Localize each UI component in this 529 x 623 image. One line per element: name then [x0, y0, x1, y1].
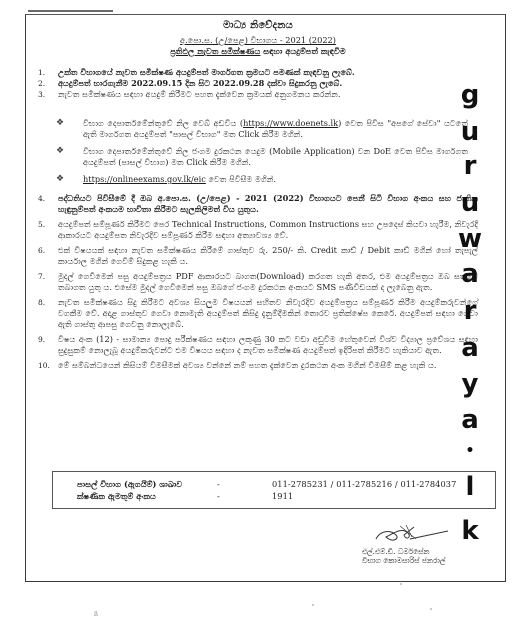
- watermark-letter: •: [455, 443, 485, 459]
- method-mobile-app: ❖ විභාග දෙපාර්තමේන්තුවේ නිල ජංගම දුරකථන …: [56, 146, 478, 168]
- item-text: උක්ත විභාගයේ නැවත සමීක්ෂණ අයදුම්පත් මාර්…: [58, 67, 478, 78]
- method-online-exams: ❖ https://onlineexams.gov.lk/eic වෙත පිව…: [56, 174, 478, 185]
- diamond-bullet-icon: ❖: [56, 118, 83, 140]
- list-item: 7. මුදල් ගෙවීමෙන් පසු අයදුම්පත්‍රය PDF ආ…: [38, 271, 478, 293]
- item-number: 2.: [38, 78, 58, 89]
- item-number: 10.: [38, 360, 58, 371]
- contact-label: ක්ෂණික ඇමතුම් අංකය: [77, 491, 217, 502]
- diamond-bullet-icon: ❖: [56, 174, 83, 185]
- document-body: මාධ්‍ය නිවේදනය අ.පො.ස. (උ/පෙළ) විභාගය - …: [38, 20, 478, 375]
- item-number: 4.: [38, 193, 58, 215]
- contact-dash: -: [217, 491, 272, 502]
- application-methods-list: ❖ විභාග දෙපාර්තමේන්තුවේ නිල වෙබ් අඩවිය (…: [56, 118, 478, 185]
- signatory-designation: විභාග කොමසාරිස් ජනරාල්: [362, 556, 482, 565]
- list-item: 1. උක්ත විභාගයේ නැවත සමීක්ෂණ අයදුම්පත් ම…: [38, 67, 478, 78]
- contact-phone-numbers: 011-2785231 / 011-2785216 / 011-2784037: [272, 479, 456, 490]
- method-website: ❖ විභාග දෙපාර්තමේන්තුවේ නිල වෙබ් අඩවිය (…: [56, 118, 478, 140]
- watermark-letter: u: [455, 117, 485, 147]
- item-number: 5.: [38, 219, 58, 241]
- watermark-letter: k: [455, 516, 485, 546]
- numbered-list-bottom: 4. පද්ධතියට පිවිසීමේ දී ඔබ අ.පො.ස. (උ/පෙ…: [38, 193, 478, 371]
- doenets-link[interactable]: https://www.doenets.lk: [243, 118, 338, 128]
- item-number: 3.: [38, 89, 58, 100]
- list-item: 3. නැවත සමීක්ෂණය සඳහා අයදුම් කිරීමට පහත …: [38, 89, 478, 100]
- item-text: අයදුම්පත් සම්පූර්ණ කිරීමට පෙර Technical …: [58, 219, 478, 241]
- watermark-letter: r: [455, 296, 485, 326]
- hotline-number: 1911: [272, 491, 293, 502]
- scan-speck: [430, 608, 432, 610]
- signatory-name: එල්.එම්.ඩී. ධර්මසේන: [362, 547, 482, 556]
- list-item: 10. මේ සම්බන්ධයෙන් කිසියම් විමසීමක් අවශ්…: [38, 360, 478, 371]
- signature-scribble-icon: [370, 523, 450, 545]
- list-item: 4. පද්ධතියට පිවිසීමේ දී ඔබ අ.පො.ස. (උ/පෙ…: [38, 193, 478, 215]
- item-text: මුදල් ගෙවීමෙන් පසු අයදුම්පත්‍රය PDF ආකාර…: [58, 271, 478, 293]
- list-item: 9. විෂය අංක (12) - සාමාන්‍ය පොදු පරීක්ෂණ…: [38, 334, 478, 356]
- onlineexams-link[interactable]: https://onlineexams.gov.lk/eic: [83, 174, 206, 184]
- contact-label: පාසල් විභාග (ඇගයීම්) ශාඛාව: [77, 479, 217, 490]
- subtitle-call-for-applications: සඳහා අයදුම්පත් කැඳවීම: [260, 46, 345, 56]
- watermark-letter: y: [455, 369, 485, 399]
- numbered-list-top: 1. උක්ත විභාගයේ නැවත සමීක්ෂණ අයදුම්පත් ම…: [38, 67, 478, 100]
- item-text: නැවත සමීක්ෂණය සිදු කිරීමට අවශ්‍ය සියලුම …: [58, 297, 478, 330]
- watermark-letter: l: [455, 472, 485, 502]
- item-number: 1.: [38, 67, 58, 78]
- item-text: එක් විෂයයක් සඳහා නැවත සමීක්ෂණය කිරීමේ ගා…: [58, 245, 478, 267]
- contact-row-hotline: ක්ෂණික ඇමතුම් අංකය - 1911: [77, 491, 293, 502]
- diamond-bullet-icon: ❖: [56, 146, 83, 168]
- watermark-letter: g: [455, 80, 485, 110]
- item-text: මේ සම්බන්ධයෙන් කිසියම් විමසීමක් අවශ්‍ය ව…: [58, 360, 478, 371]
- subtitle-exam-name: අ.පො.ස. (උ/පෙළ) විභාගය - 2021 (2022): [180, 35, 336, 45]
- contact-row-school-exams: පාසල් විභාග (ඇගයීම්) ශාඛාව - 011-2785231…: [77, 479, 456, 490]
- item-text: පද්ධතියට පිවිසීමේ දී ඔබ අ.පො.ස. (උ/පෙළ) …: [58, 193, 478, 215]
- watermark-letter: a: [455, 405, 485, 435]
- list-item: 8. නැවත සමීක්ෂණය සිදු කිරීමට අවශ්‍ය සියල…: [38, 297, 478, 330]
- scan-speck: [400, 583, 402, 585]
- watermark-letter: a: [455, 259, 485, 289]
- bullet-text: විභාග දෙපාර්තමේන්තුවේ නිල වෙබ් අඩවිය (: [83, 118, 243, 128]
- list-item: 6. එක් විෂයයක් සඳහා නැවත සමීක්ෂණය කිරීමේ…: [38, 245, 478, 267]
- list-item: 2. අයදුම්පත් භාරගැනීම 2022.09.15 දින සිට…: [38, 78, 478, 89]
- bullet-text: වෙත පිවිසීම මගින්.: [206, 174, 276, 184]
- document-subtitle: අ.පො.ස. (උ/පෙළ) විභාගය - 2021 (2022) ප්‍…: [38, 35, 478, 57]
- watermark-letter: w: [455, 224, 485, 254]
- bullet-text: විභාග දෙපාර්තමේන්තුවේ නිල ජංගම දුරකථන යෙ…: [83, 146, 478, 168]
- item-number: 6.: [38, 245, 58, 267]
- watermark-letter: r: [455, 151, 485, 181]
- item-number: 8.: [38, 297, 58, 330]
- scan-speck: [312, 604, 314, 606]
- item-text: අයදුම්පත් භාරගැනීම 2022.09.15 දින සිට 20…: [58, 78, 478, 89]
- list-item: 5. අයදුම්පත් සම්පූර්ණ කිරීමට පෙර Technic…: [38, 219, 478, 241]
- item-text: විෂය අංක (12) - සාමාන්‍ය පොදු පරීක්ෂණය ස…: [58, 334, 478, 356]
- document-title: මාධ්‍ය නිවේදනය: [38, 20, 478, 31]
- top-rule: [28, 10, 113, 12]
- item-number: 9.: [38, 334, 58, 356]
- watermark-letter: u: [455, 188, 485, 218]
- watermark-letter: a: [455, 333, 485, 363]
- item-text: නැවත සමීක්ෂණය සඳහා අයදුම් කිරීමට පහත දැක…: [58, 89, 478, 100]
- page-mark: ß: [94, 611, 98, 618]
- contact-numbers-box: පාසල් විභාග (ඇගයීම්) ශාඛාව - 011-2785231…: [52, 471, 496, 509]
- subtitle-rescrutiny: ප්‍රතිඵල නැවත සමීක්ෂණය: [170, 46, 260, 56]
- contact-dash: -: [217, 479, 272, 490]
- item-number: 7.: [38, 271, 58, 293]
